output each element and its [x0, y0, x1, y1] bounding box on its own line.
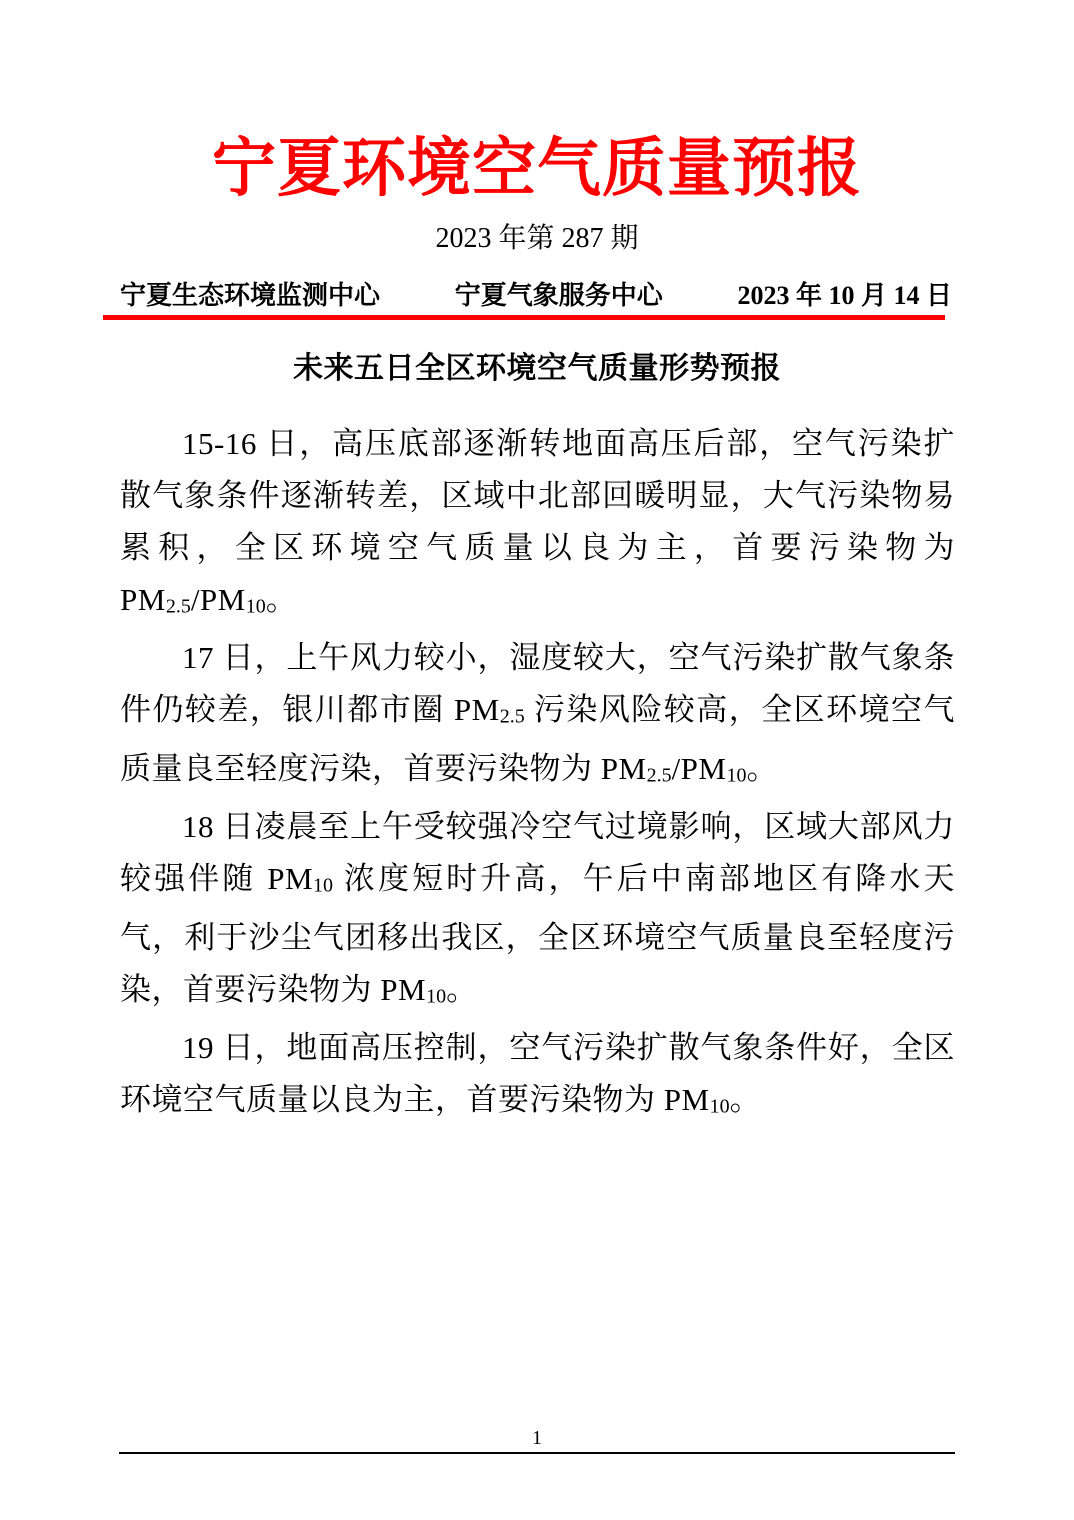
pollutant-subscript: 10	[726, 764, 746, 786]
pollutant-subscript: 10	[710, 1095, 730, 1117]
document-page: 宁夏环境空气质量预报 2023 年第 287 期 宁夏生态环境监测中心 宁夏气象…	[0, 0, 1074, 1520]
issue-number: 2023 年第 287 期	[0, 220, 1074, 258]
paragraph-text-run: 。	[446, 972, 478, 1007]
page-number: 1	[0, 1426, 1074, 1450]
paragraph: 17 日，上午风力较小，湿度较大，空气污染扩散气象条件仍较差，银川都市圈 PM2…	[120, 632, 955, 801]
org-weather-service-center: 宁夏气象服务中心	[455, 280, 663, 312]
footer-rule	[119, 1452, 955, 1454]
paragraph: 18 日凌晨至上午受较强冷空气过境影响，区域大部风力较强伴随 PM10 浓度短时…	[120, 801, 955, 1022]
page-footer: 1	[0, 1426, 1074, 1454]
paragraph-text-run: /PM	[191, 582, 246, 617]
pollutant-subscript: 2.5	[647, 764, 672, 786]
pollutant-subscript: 10	[426, 985, 446, 1007]
issue-date: 2023 年 10 月 14 日	[737, 280, 952, 312]
paragraph: 19 日，地面高压控制，空气污染扩散气象条件好，全区环境空气质量以良为主，首要污…	[120, 1022, 955, 1132]
pollutant-subscript: 10	[246, 595, 266, 617]
org-monitoring-center: 宁夏生态环境监测中心	[120, 280, 380, 312]
paragraph: 15-16 日，高压底部逐渐转地面高压后部，空气污染扩散气象条件逐渐转差，区域中…	[120, 418, 955, 632]
pollutant-subscript: 2.5	[500, 706, 525, 728]
paragraph-text-run: 。	[746, 751, 778, 786]
pollutant-subscript: 10	[313, 875, 333, 897]
body-paragraphs: 15-16 日，高压底部逐渐转地面高压后部，空气污染扩散气象条件逐渐转差，区域中…	[120, 418, 955, 1132]
paragraph-text-run: 。	[266, 582, 298, 617]
section-heading: 未来五日全区环境空气质量形势预报	[0, 350, 1074, 388]
pollutant-subscript: 2.5	[166, 595, 191, 617]
red-divider-rule	[103, 315, 945, 320]
paragraph-text-run: /PM	[672, 751, 727, 786]
paragraph-text-run: 19 日，地面高压控制，空气污染扩散气象条件好，全区环境空气质量以良为主，首要污…	[120, 1030, 955, 1117]
paragraph-text-run: 。	[730, 1082, 762, 1117]
document-title: 宁夏环境空气质量预报	[0, 126, 1074, 212]
org-line: 宁夏生态环境监测中心 宁夏气象服务中心 2023 年 10 月 14 日	[120, 280, 952, 312]
